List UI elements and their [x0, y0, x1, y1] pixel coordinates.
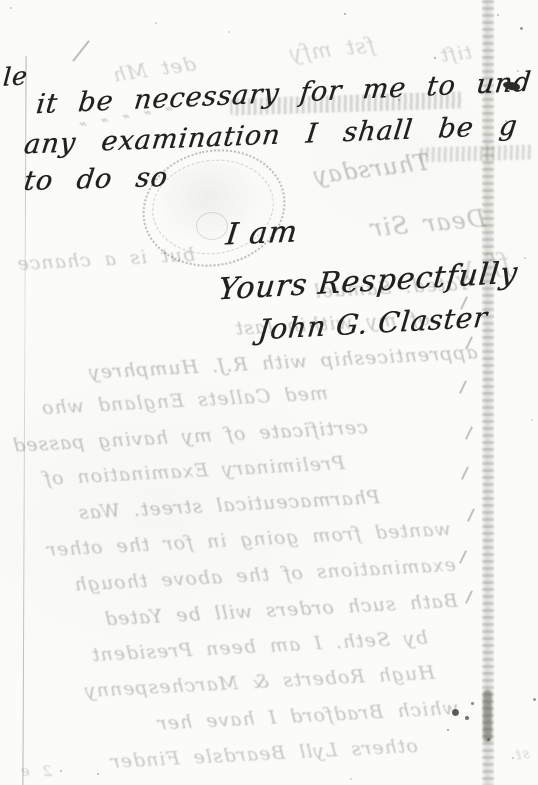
- scan-speck: [447, 729, 449, 731]
- bleedthrough-line: tift: [421, 41, 473, 68]
- scan-speck: [155, 22, 157, 24]
- edge-tick-mark: [465, 426, 473, 439]
- letter-closing: I am: [224, 214, 300, 252]
- bleedthrough-line: Dear Sir: [355, 204, 487, 243]
- bleedthrough-line: Thursday: [289, 150, 431, 193]
- bleedthrough-line: others Lyll Beardsle Finder: [28, 735, 419, 777]
- scan-speck: [344, 13, 346, 15]
- bleedthrough-line: Hugh Roberts & Marchespenny: [40, 662, 436, 705]
- bleedthrough-line: which Bradford I have her: [34, 697, 460, 741]
- scan-speck: [517, 70, 519, 72]
- scan-speck: [520, 27, 523, 30]
- bleedthrough-line: Pharmaceutical street. Was: [40, 486, 381, 526]
- corner-scratch-mark: [72, 40, 90, 62]
- scan-speck: [533, 698, 536, 701]
- scan-speck: [524, 257, 526, 259]
- scan-speck: [531, 419, 533, 421]
- scan-speck: [505, 120, 507, 122]
- scanned-letter-page: det Mhfst mfytift″ ″ ″ ″ ″ ″ThursdayDear…: [0, 0, 538, 785]
- scan-speck: [228, 31, 230, 33]
- letter-signature: John G. Claster: [256, 300, 489, 346]
- bleedthrough-line: by Seth. I am been President: [28, 627, 429, 670]
- letter-line-3: to do so: [22, 162, 170, 197]
- edge-tick-mark: [465, 590, 473, 603]
- margin-word-fragment: le: [2, 61, 29, 92]
- bleedthrough-line: certificate of my having passed: [28, 416, 369, 456]
- bleedthrough-line: det Mh: [125, 51, 198, 85]
- bleedthrough-line: but is a chance: [30, 244, 196, 275]
- bleedthrough-line: examinations of the above though: [26, 554, 457, 598]
- scan-speck: [471, 702, 474, 705]
- bleedthrough-line: fst mfy: [279, 33, 376, 67]
- bleedthrough-line: Preliminary Examination of: [40, 452, 346, 490]
- scan-speck: [434, 57, 436, 59]
- scan-speck: [497, 14, 499, 16]
- bleedthrough-line: st: [503, 744, 532, 766]
- scan-speck: [350, 778, 352, 780]
- scan-speck: [465, 716, 469, 720]
- bleedthrough-line: wanted from going in for the other: [26, 518, 452, 562]
- edge-tick-mark: [461, 466, 469, 479]
- scan-speck: [10, 7, 12, 9]
- scan-speck: [398, 99, 400, 101]
- scan-speck: [512, 757, 514, 759]
- edge-tick-mark: [459, 380, 467, 393]
- bleedthrough-line: apprenticeship with R.J. Humphrey: [28, 341, 479, 387]
- edge-ink-stain: [483, 690, 492, 742]
- bleedthrough-line: 2 e: [12, 762, 52, 780]
- scan-speck: [487, 738, 490, 741]
- scan-speck: [97, 773, 99, 775]
- bleedthrough-line: med Callets England who: [28, 382, 329, 420]
- scan-speck: [452, 709, 459, 716]
- edge-tick-mark: [459, 550, 467, 563]
- scan-speck: [60, 770, 62, 772]
- ink-smudge-band: [420, 145, 533, 163]
- edge-tick-mark: [467, 508, 475, 521]
